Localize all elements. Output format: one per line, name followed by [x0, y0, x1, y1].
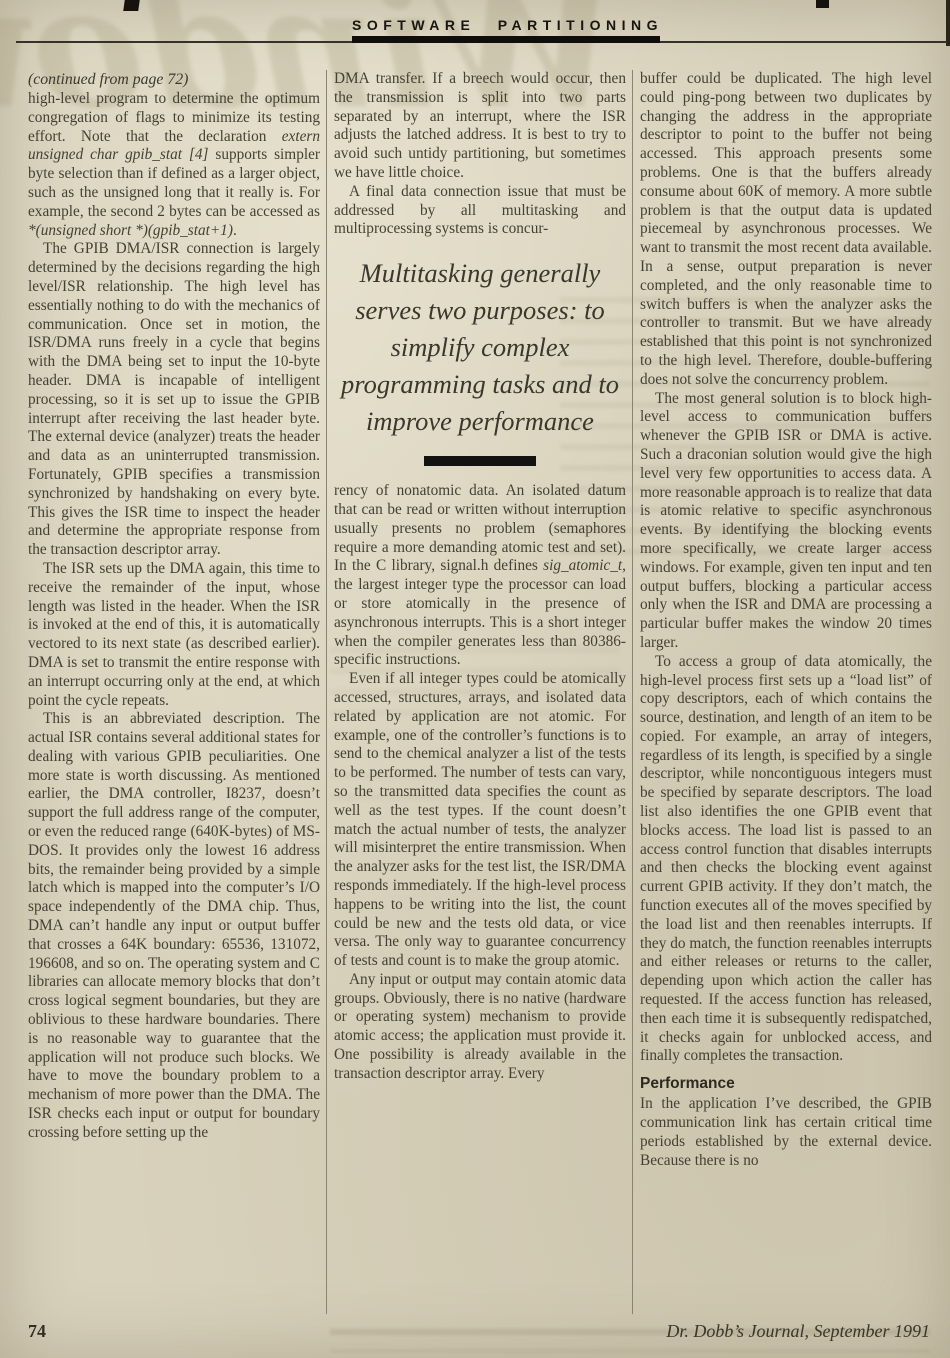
running-head-title: SOFTWARE PARTITIONING — [352, 17, 660, 37]
column-2-paragraphs-bottom: rency of nonatomic data. An isolated dat… — [334, 482, 626, 1084]
body-paragraph: This is an abbreviated description. The … — [28, 710, 320, 1142]
body-paragraph: rency of nonatomic data. An isolated dat… — [334, 482, 626, 670]
body-paragraph: The ISR sets up the DMA again, this time… — [28, 560, 320, 710]
continued-from-note: (continued from page 72) — [28, 70, 320, 89]
scan-artifact-mark — [816, 0, 829, 8]
text-run: . — [233, 222, 237, 239]
section-heading-performance: Performance — [640, 1075, 932, 1093]
scan-edge-artifact — [946, 0, 950, 46]
body-paragraph: DMA transfer. If a breech would occur, t… — [334, 70, 626, 183]
magazine-page: Windows SOFTWARE PARTITIONING (continued… — [0, 0, 950, 1358]
body-paragraph: In the application I’ve described, the G… — [640, 1095, 932, 1170]
inline-italic-code: *(unsigned short *)(gpib_stat+1) — [28, 222, 233, 239]
scan-artifact-mark — [123, 0, 140, 11]
body-paragraph: A final data connection issue that must … — [334, 183, 626, 239]
column-2: DMA transfer. If a breech would occur, t… — [326, 70, 626, 1314]
body-paragraph: high-level program to determine the opti… — [28, 90, 320, 240]
inline-italic-code: sig_atomic_t — [543, 557, 622, 574]
body-paragraph: Even if all integer types could be atomi… — [334, 670, 626, 971]
column-3: buffer could be duplicated. The high lev… — [632, 70, 932, 1314]
body-paragraph: To access a group of data atomically, th… — [640, 653, 932, 1067]
text-run: high-level program to determine the opti… — [28, 90, 320, 145]
body-paragraph: The most general solution is to block hi… — [640, 390, 932, 653]
pull-quote-divider-bar — [424, 456, 536, 466]
journal-footer-line: Dr. Dobb’s Journal, September 1991 — [666, 1321, 930, 1342]
body-paragraph: Any input or output may contain atomic d… — [334, 971, 626, 1084]
article-columns: (continued from page 72) high-level prog… — [28, 70, 932, 1314]
body-paragraph: The GPIB DMA/ISR connection is largely d… — [28, 240, 320, 560]
pull-quote: Multitasking generally serves two purpos… — [334, 255, 626, 440]
column-1: (continued from page 72) high-level prog… — [28, 70, 320, 1314]
column-2-paragraphs-top: DMA transfer. If a breech would occur, t… — [334, 70, 626, 239]
page-number: 74 — [28, 1321, 46, 1342]
body-paragraph: buffer could be duplicated. The high lev… — [640, 70, 932, 390]
column-1-paragraphs: high-level program to determine the opti… — [28, 90, 320, 1143]
header-rule-thick — [352, 36, 660, 43]
column-3-paragraphs: buffer could be duplicated. The high lev… — [640, 70, 932, 1170]
